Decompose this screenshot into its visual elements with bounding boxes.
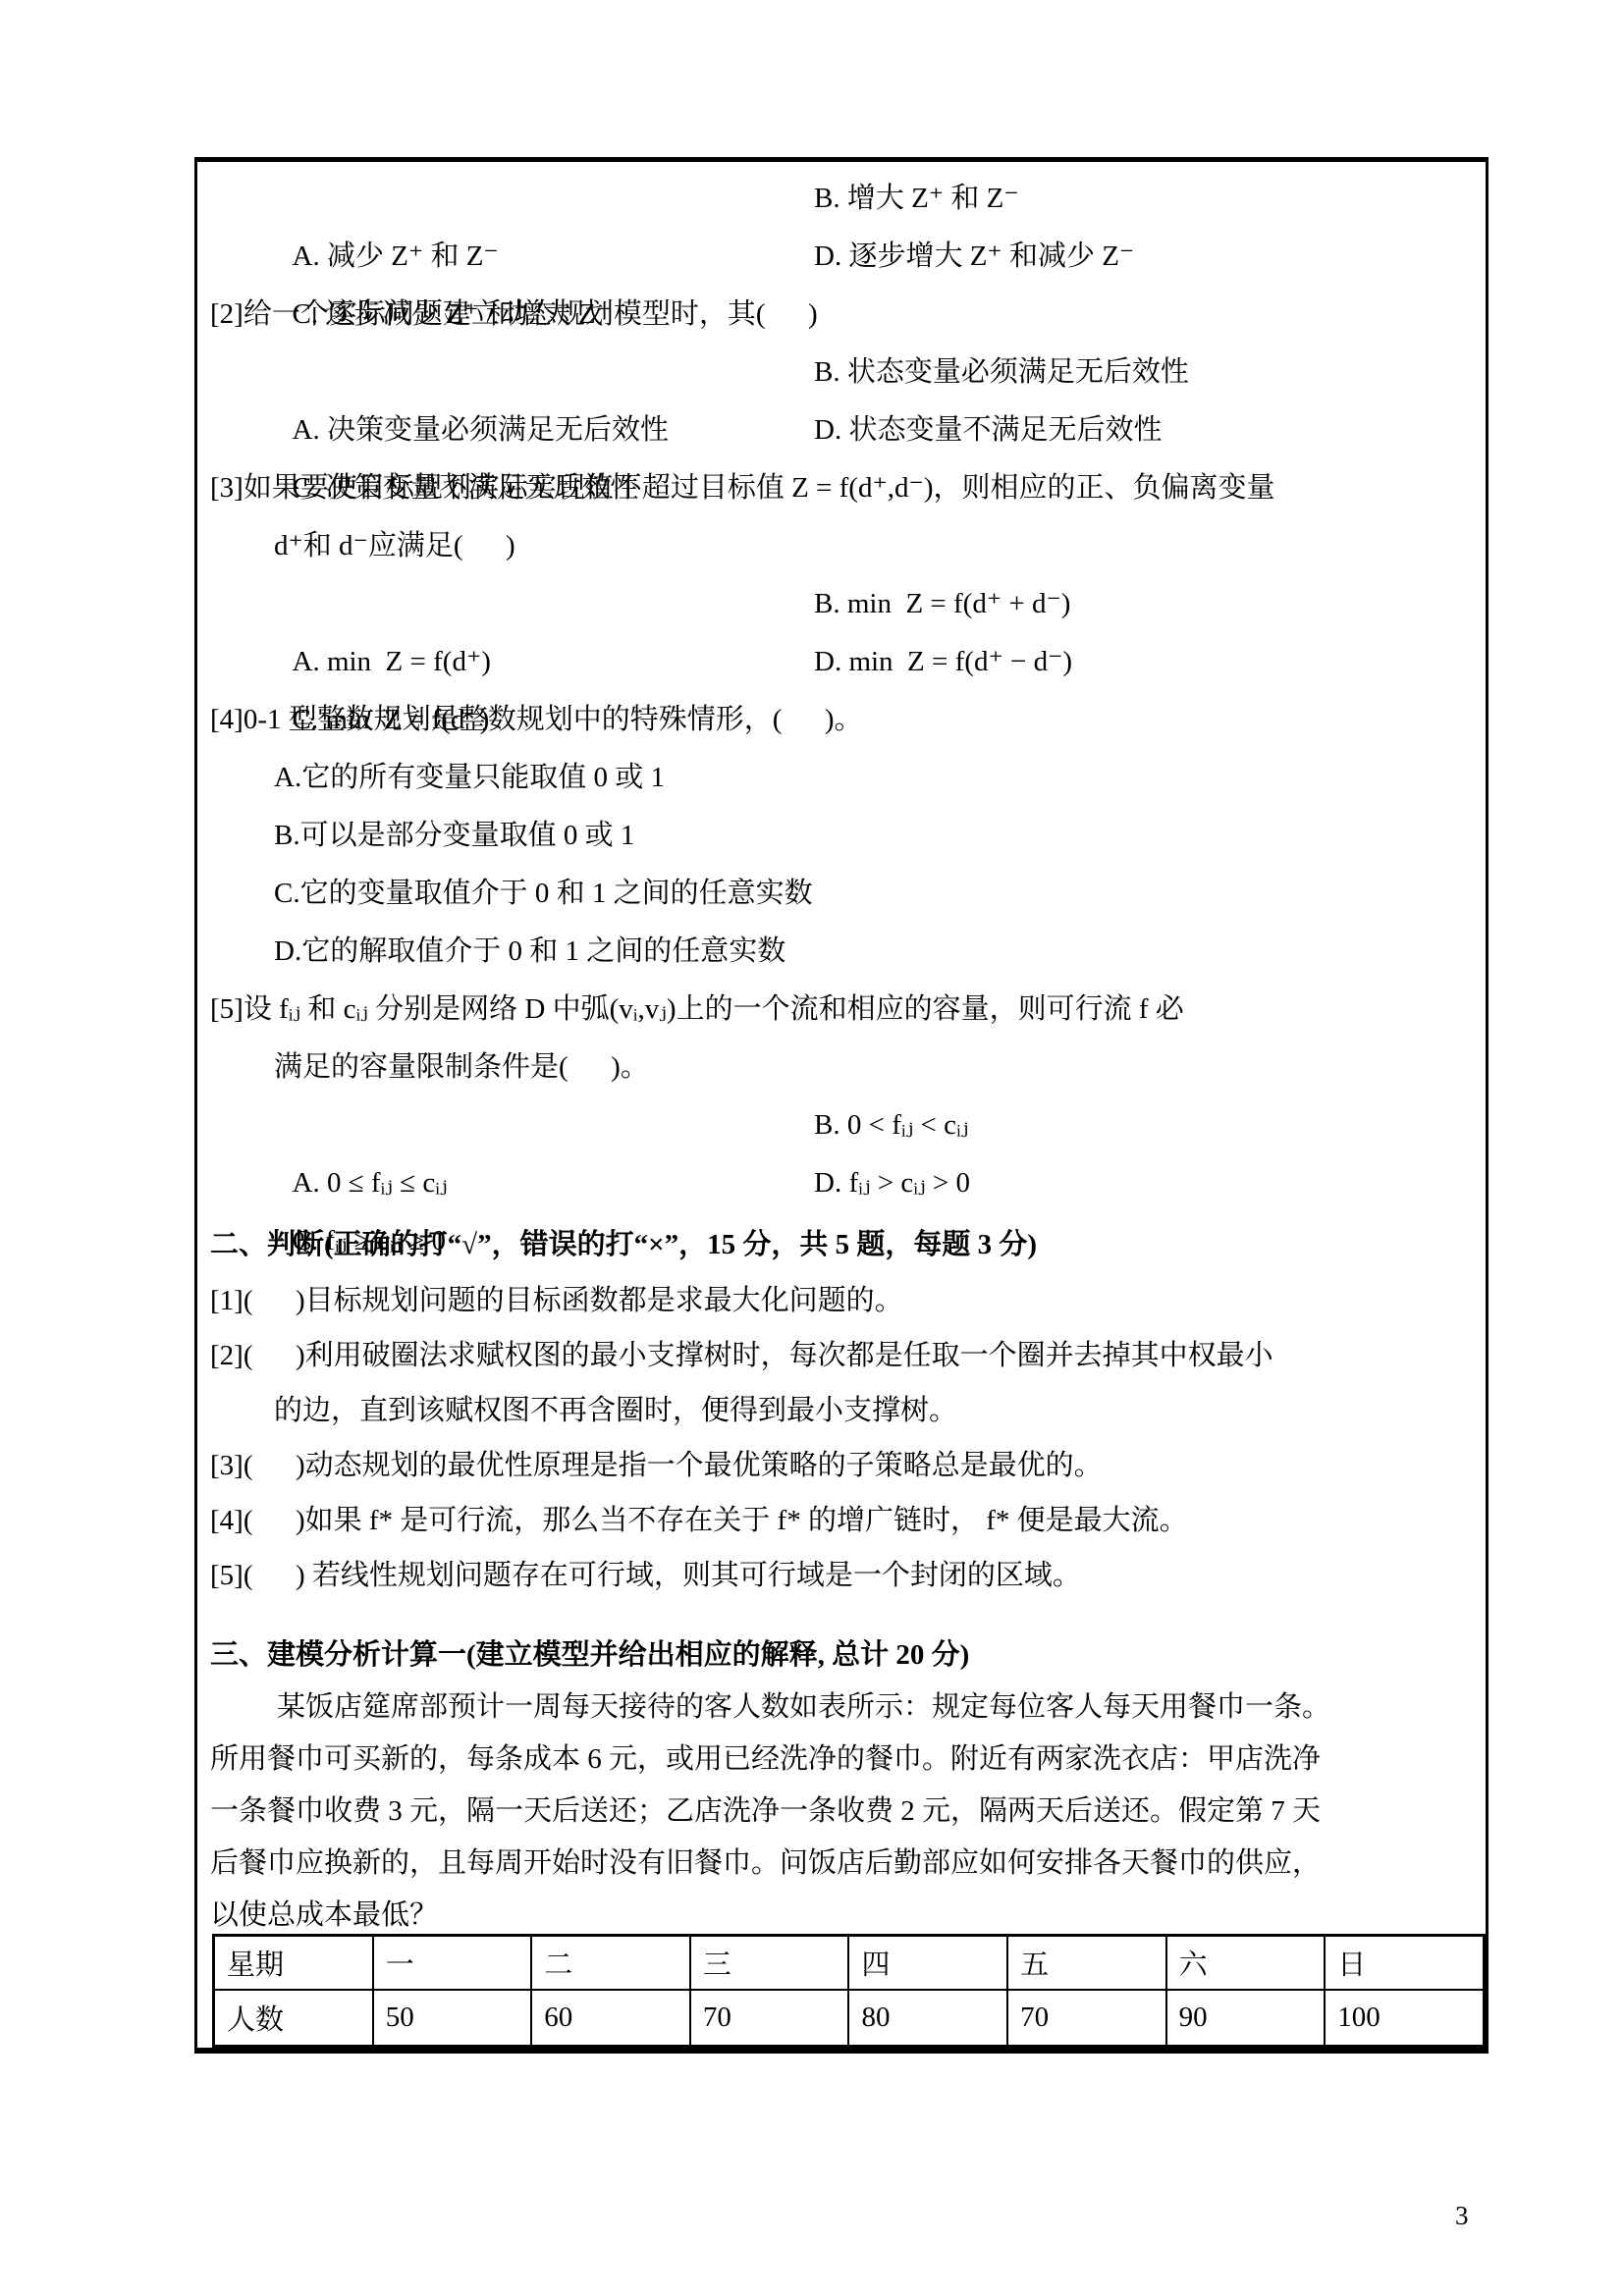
mc-option-row: C. fᵢⱼ ≥ cᵢⱼ ≥ 0 D. fᵢⱼ > cᵢⱼ > 0 [210,1154,1478,1212]
mc-option-row: A. 减少 Z⁺ 和 Z⁻ B. 增大 Z⁺ 和 Z⁻ [210,170,1478,228]
problem-text-line: 后餐巾应换新的，且每周开始时没有旧餐巾。问饭店后勤部应如何安排各天餐巾的供应， [210,1838,1478,1890]
mc-option: B.可以是部分变量取值 0 或 1 [210,807,1478,865]
problem-text-line: 某饭店筵席部预计一周每天接待的客人数如表所示：规定每位客人每天用餐巾一条。 [210,1682,1478,1734]
table-header-cell: 六 [1166,1936,1326,1991]
mc-option-row: A. min Z = f(d⁺) B. min Z = f(d⁺ + d⁻) [210,575,1478,633]
mc-option: B. 状态变量必须满足无后效性 [814,344,1189,401]
mc-question-stem: [3]如果要使目标规划实际实现值不超过目标值 Z = f(d⁺,d⁻)，则相应的… [210,459,1478,517]
mc-option: D. fᵢⱼ > cᵢⱼ > 0 [814,1154,970,1212]
problem-text-line: 一条餐巾收费 3 元，隔一天后送还；乙店洗净一条收费 2 元，隔两天后送还。假定… [210,1786,1478,1838]
table-header-cell: 一 [373,1936,532,1991]
judge-item: [4]( )如果 f* 是可行流，那么当不存在关于 f* 的增广链时， f* 便… [210,1493,1478,1548]
mc-option: B. 0 < fᵢⱼ < cᵢⱼ [814,1096,968,1154]
mc-option-row: A. 0 ≤ fᵢⱼ ≤ cᵢⱼ B. 0 < fᵢⱼ < cᵢⱼ [210,1096,1478,1154]
table-header-row: 星期 一 二 三 四 五 六 日 [214,1936,1485,1991]
mc-option: B. min Z = f(d⁺ + d⁻) [814,575,1070,633]
guest-count-table-wrap: 星期 一 二 三 四 五 六 日 人数 50 60 70 80 70 90 10… [212,1934,1486,2048]
modeling-section: 三、建模分析计算一(建立模型并给出相应的解释, 总计 20 分) 某饭店筵席部预… [210,1629,1478,1942]
mc-option: D. 状态变量不满足无后效性 [814,401,1162,459]
exam-page: { "page_number": "3", "mc_section": { "q… [0,0,1624,2296]
section-heading-judge: 二、判断(正确的打“√”，错误的打“×”，15 分，共 5 题，每题 3 分) [210,1217,1478,1273]
page-frame: A. 减少 Z⁺ 和 Z⁻ B. 增大 Z⁺ 和 Z⁻ C. 逐步减少 Z⁺ 和… [194,157,1489,2054]
mc-question-stem: [4]0-1 型整数规划是整数规划中的特殊情形，( )。 [210,691,1478,749]
guest-count-table: 星期 一 二 三 四 五 六 日 人数 50 60 70 80 70 90 10… [212,1934,1486,2048]
table-header-cell: 四 [848,1936,1007,1991]
table-data-cell: 50 [373,1990,532,2047]
table-data-cell: 80 [848,1990,1007,2047]
table-header-cell: 五 [1007,1936,1166,1991]
judge-item: [2]( )利用破圈法求赋权图的最小支撑树时，每次都是任取一个圈并去掉其中权最小 [210,1328,1478,1383]
section-heading-modeling: 三、建模分析计算一(建立模型并给出相应的解释, 总计 20 分) [210,1629,1478,1682]
mc-option-row: C. 逐步减少 Z⁺ 和增大 Z⁻ D. 逐步增大 Z⁺ 和减少 Z⁻ [210,228,1478,286]
mc-option: D. min Z = f(d⁺ − d⁻) [814,633,1072,691]
table-data-cell: 100 [1325,1990,1484,2047]
multiple-choice-section: A. 减少 Z⁺ 和 Z⁻ B. 增大 Z⁺ 和 Z⁻ C. 逐步减少 Z⁺ 和… [210,170,1478,1212]
problem-text-line: 所用餐巾可买新的，每条成本 6 元，或用已经洗净的餐巾。附近有两家洗衣店：甲店洗… [210,1734,1478,1786]
table-data-cell: 70 [690,1990,849,2047]
mc-option: D. 逐步增大 Z⁺ 和减少 Z⁻ [814,228,1134,286]
table-header-cell: 三 [690,1936,849,1991]
judge-section: 二、判断(正确的打“√”，错误的打“×”，15 分，共 5 题，每题 3 分) … [210,1217,1478,1603]
judge-item: [1]( )目标规划问题的目标函数都是求最大化问题的。 [210,1273,1478,1328]
mc-option-row: C. 决策变量不满足无后效性 D. 状态变量不满足无后效性 [210,401,1478,459]
judge-item: [3]( )动态规划的最优性原理是指一个最优策略的子策略总是最优的。 [210,1438,1478,1493]
judge-item: [5]( ) 若线性规划问题存在可行域，则其可行域是一个封闭的区域。 [210,1548,1478,1603]
table-data-cell: 90 [1166,1990,1326,2047]
mc-option: B. 增大 Z⁺ 和 Z⁻ [814,170,1019,228]
table-data-cell: 人数 [214,1990,373,2047]
mc-question-stem: [2]给一个实际问题建立动态规划模型时，其( ) [210,286,1478,344]
mc-question-stem: [5]设 fᵢⱼ 和 cᵢⱼ 分别是网络 D 中弧(vᵢ,vⱼ)上的一个流和相应… [210,981,1478,1039]
mc-option: C.它的变量取值介于 0 和 1 之间的任意实数 [210,865,1478,923]
table-header-cell: 二 [531,1936,690,1991]
table-header-cell: 星期 [214,1936,373,1991]
mc-option-row: A. 决策变量必须满足无后效性 B. 状态变量必须满足无后效性 [210,344,1478,401]
table-header-cell: 日 [1325,1936,1484,1991]
mc-option-row: C. min Z = f(d⁻) D. min Z = f(d⁺ − d⁻) [210,633,1478,691]
mc-option: D.它的解取值介于 0 和 1 之间的任意实数 [210,923,1478,981]
page-number: 3 [1455,2201,1469,2230]
table-data-cell: 70 [1007,1990,1166,2047]
mc-question-stem: 满足的容量限制条件是( )。 [210,1039,1478,1096]
table-data-cell: 60 [531,1990,690,2047]
mc-option: A.它的所有变量只能取值 0 或 1 [210,749,1478,807]
mc-question-stem: d⁺和 d⁻应满足( ) [210,517,1478,575]
judge-item-continuation: 的边，直到该赋权图不再含圈时，便得到最小支撑树。 [210,1383,1478,1438]
table-data-row: 人数 50 60 70 80 70 90 100 [214,1990,1485,2047]
